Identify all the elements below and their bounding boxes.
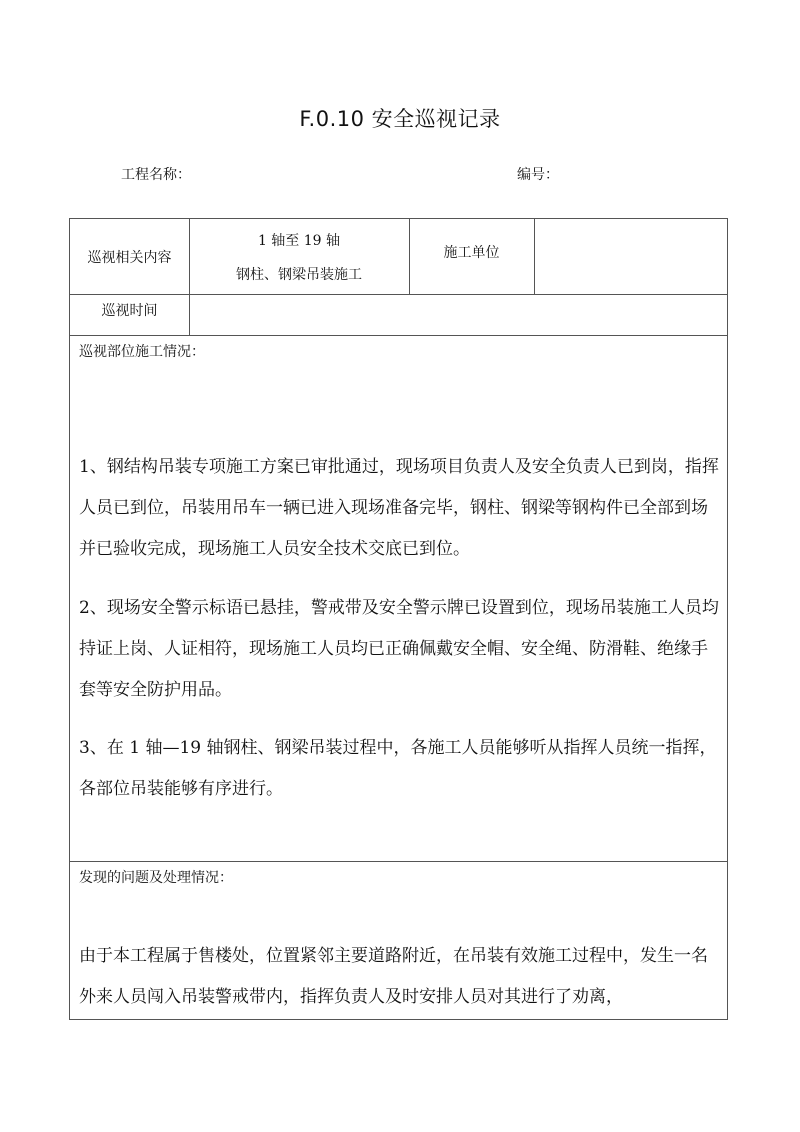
table-divider — [534, 219, 535, 294]
construction-paragraph-3: 3、在 1 轴—19 轴钢柱、钢梁吊装过程中，各施工人员能够听从指挥人员统一指挥… — [79, 728, 723, 810]
document-title: F.0.10 安全巡视记录 — [0, 103, 800, 133]
patrol-content-label: 巡视相关内容 — [70, 219, 189, 294]
table-divider — [70, 861, 727, 862]
patrol-content-line2: 钢柱、钢梁吊装施工 — [236, 264, 362, 284]
table-divider — [189, 219, 190, 335]
construction-unit-label: 施工单位 — [409, 219, 534, 284]
table-divider — [409, 219, 410, 294]
construction-unit-value — [534, 219, 729, 294]
patrol-content-line1: 1 轴至 19 轴 — [258, 230, 340, 250]
number-label: 编号： — [517, 164, 559, 184]
patrol-content-value: 1 轴至 19 轴 钢柱、钢梁吊装施工 — [189, 219, 409, 294]
construction-paragraph-2: 2、现场安全警示标语已悬挂，警戒带及安全警示牌已设置到位，现场吊装施工人员均持证… — [79, 588, 723, 711]
project-name-label: 工程名称： — [121, 164, 191, 184]
construction-status-label: 巡视部位施工情况： — [79, 341, 205, 361]
table-divider — [70, 335, 727, 336]
construction-paragraph-1: 1、钢结构吊装专项施工方案已审批通过，现场项目负责人及安全负责人已到岗，指挥人员… — [79, 447, 723, 570]
construction-status-section: 巡视部位施工情况： 1、钢结构吊装专项施工方案已审批通过，现场项目负责人及安全负… — [70, 335, 729, 861]
issues-paragraph-1: 由于本工程属于售楼处，位置紧邻主要道路附近，在吊装有效施工过程中，发生一名外来人… — [79, 936, 723, 1018]
patrol-time-label: 巡视时间 — [70, 294, 189, 326]
table-divider — [70, 294, 727, 295]
issues-section: 发现的问题及处理情况： 由于本工程属于售楼处，位置紧邻主要道路附近，在吊装有效施… — [70, 861, 729, 1021]
issues-label: 发现的问题及处理情况： — [79, 867, 233, 887]
patrol-time-value — [189, 294, 729, 335]
inspection-record-table: 巡视相关内容 1 轴至 19 轴 钢柱、钢梁吊装施工 施工单位 巡视时间 巡视部… — [69, 218, 728, 1020]
